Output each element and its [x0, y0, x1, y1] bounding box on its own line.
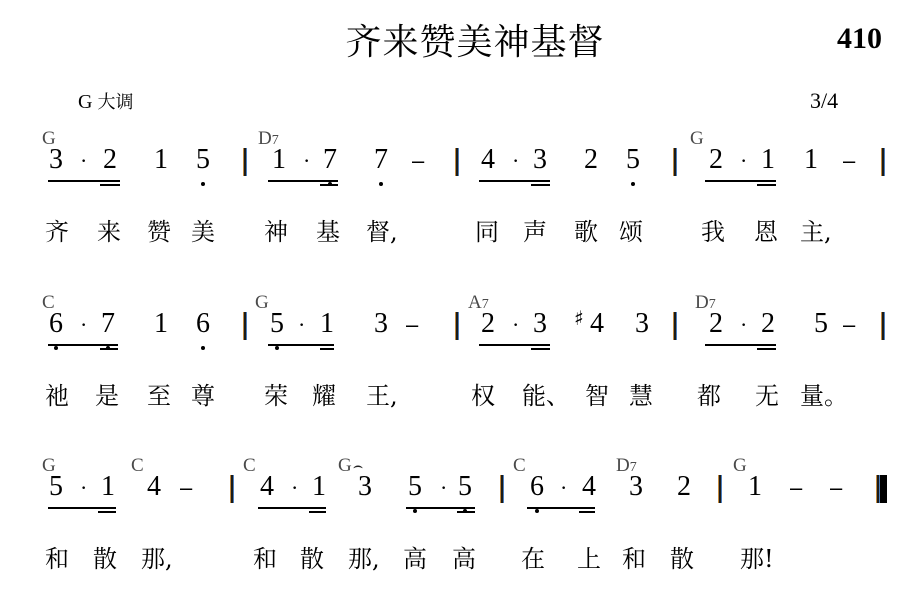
note: 7 [319, 144, 341, 176]
note: 7 [370, 144, 392, 176]
augmentation-dot: · [80, 312, 87, 338]
barline [673, 148, 677, 176]
note: 1 [150, 308, 172, 340]
extension-dash: – [830, 475, 842, 501]
augmentation-dot: · [80, 148, 87, 174]
barline [718, 475, 722, 503]
augmentation-dot: · [298, 312, 305, 338]
lyric-syllable: 同 [475, 212, 499, 247]
lyric-syllable: 荣 [264, 376, 288, 411]
lyric-syllable: 神 [264, 212, 288, 247]
note: 5 [266, 308, 288, 340]
sixteenth-underline [531, 184, 550, 186]
lyric-syllable: 王, [366, 376, 398, 411]
sixteenth-underline [309, 511, 326, 513]
note: 2 [580, 144, 602, 176]
score-row: GD7G32151774325211····––齐来赞美神基督,同声歌颂我恩主, [0, 128, 900, 248]
note: 5 [810, 308, 832, 340]
lyric-syllable: 那! [740, 539, 774, 574]
augmentation-dot: · [291, 475, 298, 501]
note: 2 [757, 308, 779, 340]
barline [673, 312, 677, 340]
lyric-syllable: 和 [622, 539, 646, 574]
barline [243, 148, 247, 176]
note: 4 [256, 471, 278, 503]
sixteenth-underline [98, 511, 116, 513]
barline [243, 312, 247, 340]
note: 4 [143, 471, 165, 503]
note: 1 [757, 144, 779, 176]
note: 6 [192, 308, 214, 340]
eighth-underline [48, 344, 118, 346]
sixteenth-underline [320, 348, 334, 350]
augmentation-dot: · [512, 312, 519, 338]
lyric-syllable: 那, [348, 539, 380, 574]
eighth-underline [406, 507, 475, 509]
score-row: GCCG⌢CD7G5144135564321····–––和散那,和散那,高高在… [0, 455, 900, 575]
augmentation-dot: · [560, 475, 567, 501]
lyric-syllable: 上 [577, 539, 601, 574]
eighth-underline [268, 180, 338, 182]
lyric-syllable: 歌 [574, 212, 598, 247]
note: 3 [631, 308, 653, 340]
lyric-syllable: 量。 [800, 376, 848, 411]
note: 5 [454, 471, 476, 503]
lyric-syllable: 我 [701, 212, 725, 247]
note: 1 [744, 471, 766, 503]
sixteenth-underline [457, 511, 475, 513]
sharp-icon: ♯ [574, 306, 584, 330]
chord-label: G [690, 128, 704, 150]
note: 5 [45, 471, 67, 503]
lyric-syllable: 至 [147, 376, 171, 411]
extension-dash: – [180, 475, 192, 501]
sixteenth-underline [579, 511, 595, 513]
chord-label: C [243, 455, 256, 477]
lyric-syllable: 高 [452, 539, 476, 574]
extension-dash: – [412, 148, 424, 174]
extension-dash: – [843, 312, 855, 338]
lyric-syllable: 无 [755, 376, 779, 411]
barline [230, 475, 234, 503]
note: 6 [45, 308, 67, 340]
key-letter: G [78, 91, 92, 113]
note: 1 [316, 308, 338, 340]
lyric-syllable: 智 [585, 376, 609, 411]
lyric-syllable: 齐 [45, 212, 69, 247]
augmentation-dot: · [440, 475, 447, 501]
eighth-underline [705, 180, 776, 182]
lyric-syllable: 赞 [147, 212, 171, 247]
lyric-syllable: 声 [523, 212, 547, 247]
note: 2 [477, 308, 499, 340]
lyric-syllable: 散 [93, 539, 117, 574]
hymn-title: 齐来赞美神基督 [0, 14, 900, 65]
note: 3 [370, 308, 392, 340]
note: 3 [529, 308, 551, 340]
note: 4 [586, 308, 608, 340]
note: 2 [673, 471, 695, 503]
note: 3 [45, 144, 67, 176]
barline [881, 148, 885, 176]
augmentation-dot: · [303, 148, 310, 174]
key-text: 大调 [97, 92, 133, 113]
lyric-syllable: 慧 [629, 376, 653, 411]
augmentation-dot: · [740, 148, 747, 174]
note: 1 [150, 144, 172, 176]
note: 5 [622, 144, 644, 176]
note: 5 [192, 144, 214, 176]
note: 1 [308, 471, 330, 503]
eighth-underline [705, 344, 776, 346]
note: 7 [97, 308, 119, 340]
eighth-underline [479, 180, 550, 182]
chord-label: C [131, 455, 144, 477]
sixteenth-underline [757, 348, 776, 350]
barline [500, 475, 504, 503]
note: 1 [97, 471, 119, 503]
lyric-syllable: 那, [141, 539, 173, 574]
lyric-syllable: 高 [403, 539, 427, 574]
eighth-underline [258, 507, 326, 509]
note: 3 [625, 471, 647, 503]
lyric-syllable: 主, [800, 212, 832, 247]
lyric-syllable: 和 [253, 539, 277, 574]
sixteenth-underline [531, 348, 550, 350]
lyric-syllable: 督, [366, 212, 398, 247]
chord-label: C [513, 455, 526, 477]
lyric-syllable: 祂 [45, 376, 69, 411]
extension-dash: – [790, 475, 802, 501]
sixteenth-underline [100, 184, 120, 186]
barline [455, 148, 459, 176]
eighth-underline [479, 344, 550, 346]
hymn-number: 410 [837, 22, 882, 56]
lyric-syllable: 在 [521, 539, 545, 574]
note: 3 [529, 144, 551, 176]
lyric-syllable: 能、 [522, 376, 570, 411]
sixteenth-underline [100, 348, 118, 350]
augmentation-dot: · [512, 148, 519, 174]
score-row: CGA7D76716513234♯3225····––祂是至尊荣耀王,权能、智慧… [0, 292, 900, 412]
lyric-syllable: 颂 [619, 212, 643, 247]
lyric-syllable: 基 [316, 212, 340, 247]
note: 2 [705, 308, 727, 340]
lyric-syllable: 耀 [312, 376, 336, 411]
lyric-syllable: 恩 [754, 212, 778, 247]
note: 5 [404, 471, 426, 503]
lyric-syllable: 尊 [191, 376, 215, 411]
lyric-syllable: 和 [45, 539, 69, 574]
key-signature: G 大调 [78, 88, 133, 114]
eighth-underline [527, 507, 595, 509]
lyric-syllable: 是 [95, 376, 119, 411]
barline [881, 312, 885, 340]
extension-dash: – [406, 312, 418, 338]
note: 6 [526, 471, 548, 503]
note: 3 [354, 471, 376, 503]
note: 1 [268, 144, 290, 176]
barline [455, 312, 459, 340]
augmentation-dot: · [80, 475, 87, 501]
sixteenth-underline [320, 184, 338, 186]
note: 4 [578, 471, 600, 503]
lyric-syllable: 都 [697, 376, 721, 411]
note: 2 [705, 144, 727, 176]
eighth-underline [48, 180, 120, 182]
lyric-syllable: 散 [670, 539, 694, 574]
extension-dash: – [843, 148, 855, 174]
lyric-syllable: 美 [191, 212, 215, 247]
lyric-syllable: 散 [300, 539, 324, 574]
final-barline-thick [880, 475, 887, 503]
lyric-syllable: 来 [97, 212, 121, 247]
eighth-underline [268, 344, 334, 346]
note: 4 [477, 144, 499, 176]
note: 2 [99, 144, 121, 176]
lyric-syllable: 权 [471, 376, 495, 411]
note: 1 [800, 144, 822, 176]
eighth-underline [48, 507, 116, 509]
augmentation-dot: · [740, 312, 747, 338]
time-signature: 3/4 [810, 88, 838, 114]
sixteenth-underline [757, 184, 776, 186]
